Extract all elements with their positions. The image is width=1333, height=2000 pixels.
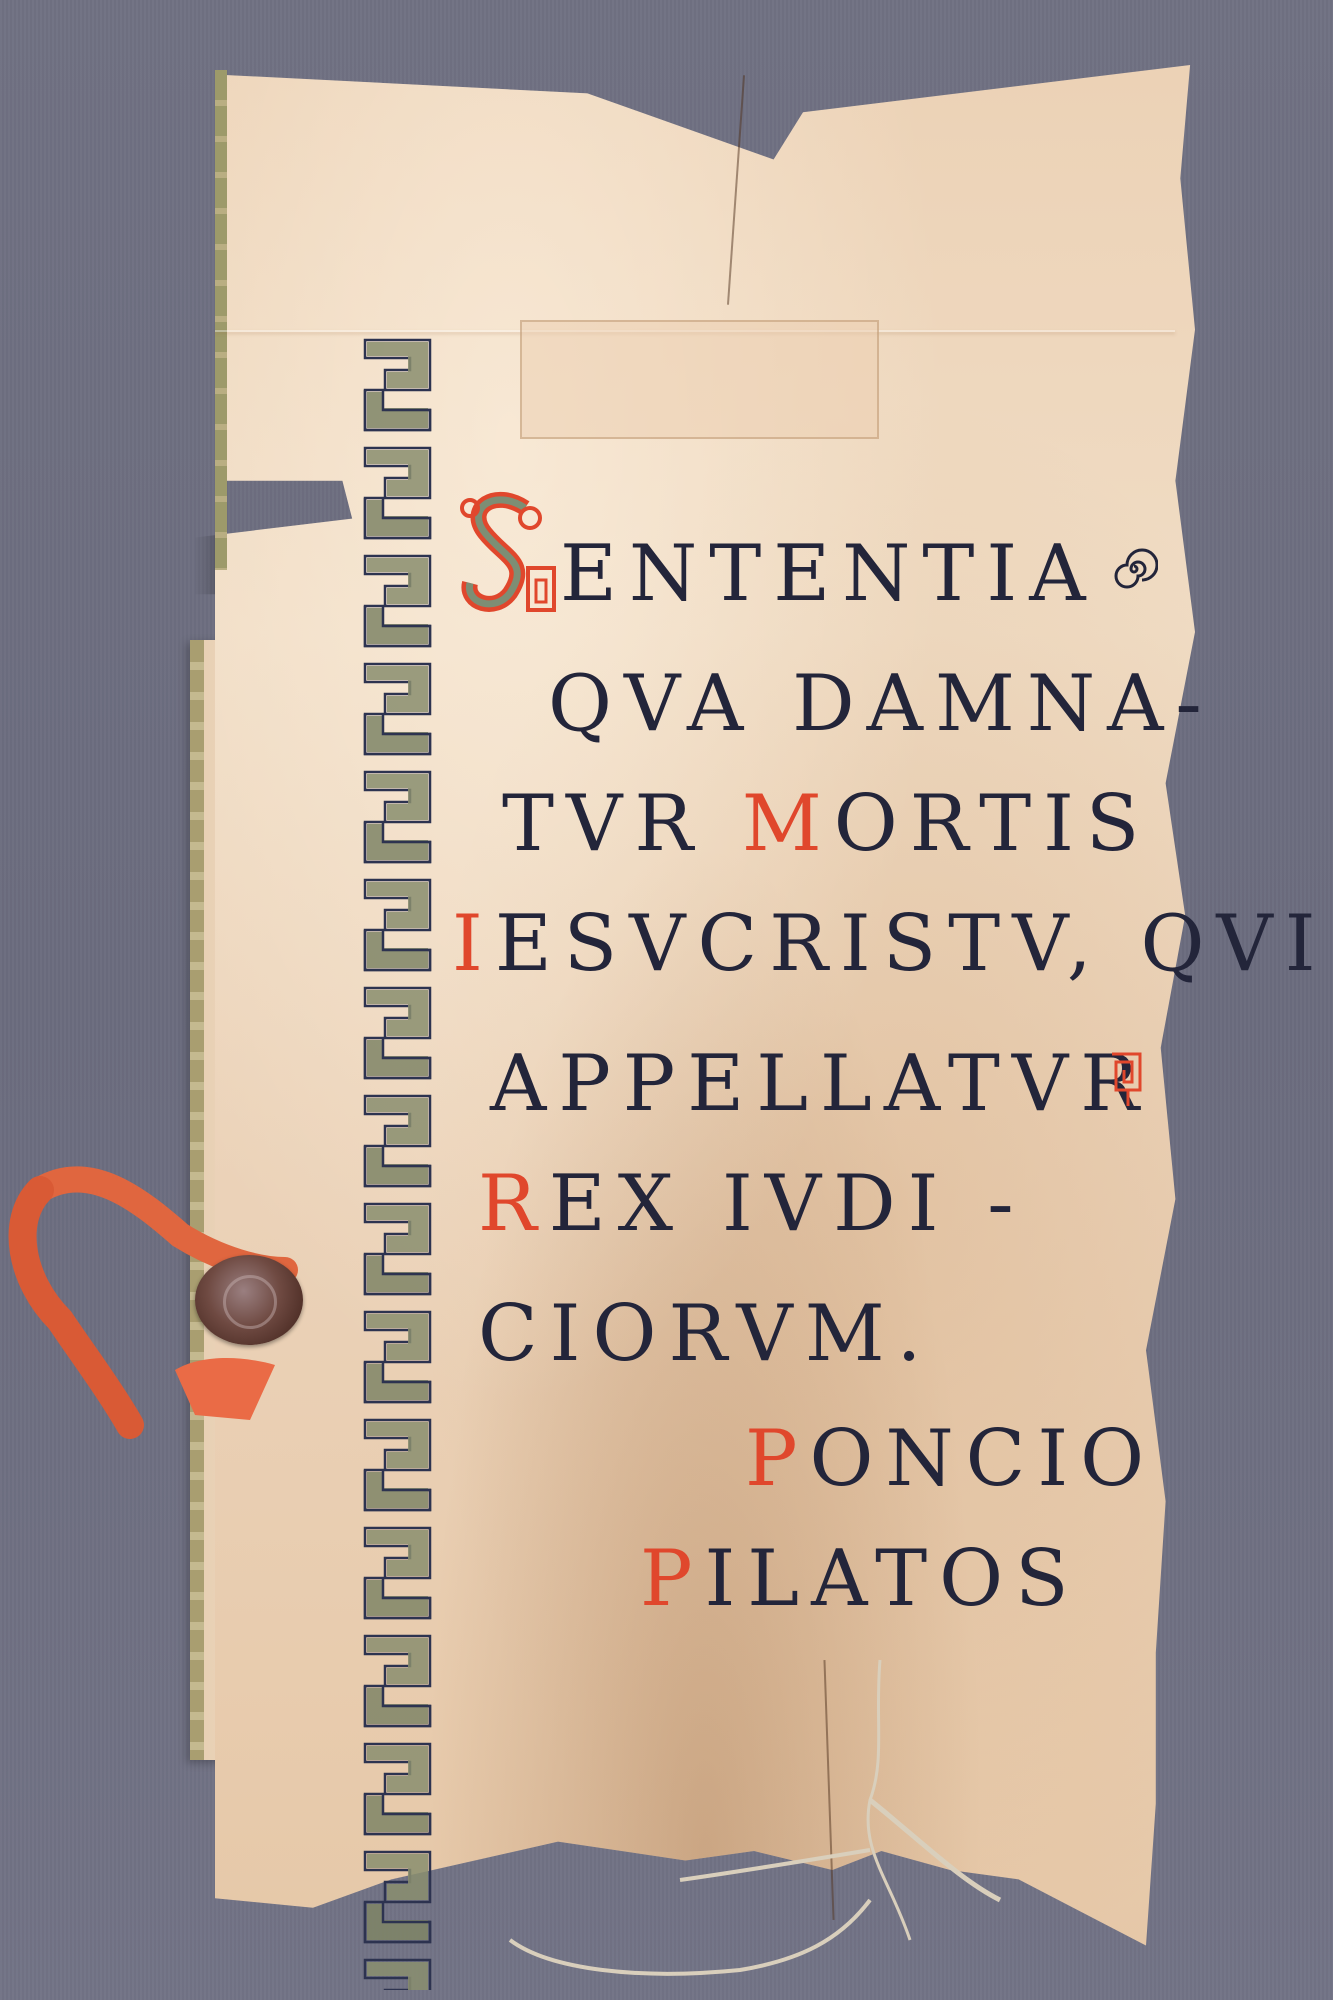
line-2: QVA DAMNA- (548, 665, 1214, 743)
rubric-initial-i: I (452, 899, 495, 989)
greek-key-border (355, 330, 445, 1990)
line-5: APPELLATVR (490, 1045, 1151, 1123)
line-8: PONCIO (745, 1420, 1156, 1498)
line-3-pre: TVR (502, 779, 742, 869)
spiral-ornament-icon (1110, 545, 1158, 593)
line-1-text: ENTENTIA (560, 529, 1098, 619)
line-3: TVR MORTIS (502, 785, 1151, 863)
binding-string (490, 1640, 1050, 2000)
line-7-text: CIORVM. (478, 1289, 933, 1379)
rubric-initial-p: P (745, 1414, 809, 1504)
line-8-text: ONCIO (809, 1414, 1156, 1504)
line-1: ENTENTIA (560, 535, 1098, 613)
wax-seal (195, 1255, 303, 1345)
illuminated-initial-s (450, 488, 560, 618)
line-7: CIORVM. (478, 1295, 933, 1373)
line-9: PILATOS (640, 1540, 1081, 1618)
line-9-text: ILATOS (704, 1534, 1080, 1624)
rubric-initial-m: M (742, 779, 834, 869)
line-4: IESVCRISTV, QVI (452, 905, 1328, 983)
square-spiral-ornament-icon (1108, 1050, 1144, 1110)
gilded-edge-strip (215, 70, 227, 570)
rubric-initial-p: P (640, 1534, 704, 1624)
rubric-initial-r: R (478, 1159, 549, 1249)
line-3-text: ORTIS (834, 779, 1152, 869)
line-5-text: APPELLATVR (490, 1039, 1151, 1129)
line-2-text: QVA DAMNA- (548, 659, 1214, 749)
repair-patch (520, 320, 879, 439)
line-6-text: EX IVDI - (549, 1159, 1026, 1249)
line-4-text: ESVCRISTV, QVI (495, 899, 1328, 989)
line-6: REX IVDI - (478, 1165, 1026, 1243)
